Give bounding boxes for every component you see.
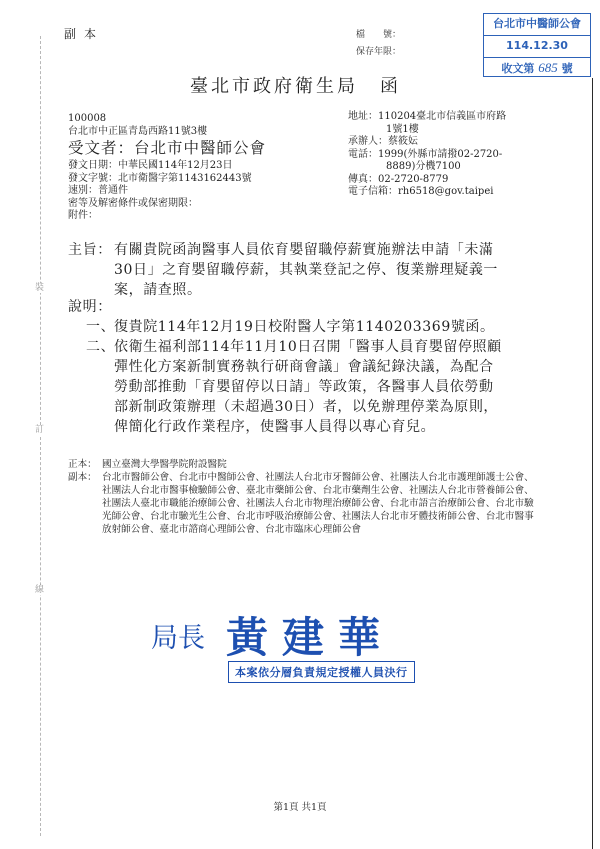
- attachment: 附件：: [68, 210, 266, 223]
- email: 電子信箱：rh6518@gov.taipei: [348, 186, 506, 199]
- phone-cont: 8889)分機7100: [348, 161, 506, 174]
- stamp-receipt: 收文第 685 號: [484, 58, 590, 79]
- subject-label: 主旨：: [68, 240, 112, 260]
- issue-date: 發文日期：中華民國114年12月23日: [68, 160, 266, 173]
- stamp-org: 台北市中醫師公會: [484, 14, 590, 36]
- item-text: 復貴院114年12月19日校附醫人字第1140203369號函。: [86, 317, 506, 337]
- receipt-stamp: 台北市中醫師公會 114.12.30 收文第 685 號: [483, 13, 591, 77]
- delivery-speed: 速別：普通件: [68, 185, 266, 198]
- main-recipient-line: 正本： 國立臺灣大學醫學院附設醫院: [68, 458, 538, 471]
- stamp-receipt-number: 685: [538, 60, 558, 75]
- archive-number-label: 檔 號：: [356, 27, 401, 40]
- page-right-border: [592, 78, 593, 849]
- explanation-label: 說明：: [68, 297, 112, 317]
- signature-title: 局長: [151, 616, 205, 655]
- main-recipient: 國立臺灣大學醫學院附設醫院: [68, 458, 538, 471]
- sender-address-cont: 1號1樓: [348, 124, 506, 137]
- explanation-item-2: 二、 依衛生福利部114年11月10日召開「醫事人員育嬰留停照顧彈性化方案新制實…: [86, 337, 506, 437]
- subject-text: 有關貴院函詢醫事人員依育嬰留職停薪實施辦法申請「未滿30日」之育嬰留職停薪，其執…: [68, 240, 508, 300]
- item-number: 二、: [86, 337, 115, 357]
- document-type: 函: [380, 76, 401, 97]
- explanation-item-1: 一、 復貴院114年12月19日校附醫人字第1140203369號函。: [86, 317, 506, 337]
- binding-dashed-line: [40, 36, 41, 836]
- confidentiality: 密等及解密條件或保密期限：: [68, 198, 266, 211]
- stamp-date: 114.12.30: [484, 36, 590, 58]
- binding-mark-zhuang: 裝: [35, 283, 44, 293]
- binding-mark-ding: 訂: [35, 425, 44, 435]
- stamp-receipt-suffix: 號: [562, 62, 573, 75]
- agency-name: 臺北市政府衛生局: [190, 76, 358, 97]
- copy-label: 副本: [64, 25, 104, 42]
- recipient-name: 受文者：台北市中醫師公會: [68, 138, 266, 158]
- item-text: 依衛生福利部114年11月10日召開「醫事人員育嬰留停照顧彈性化方案新制實務執行…: [86, 337, 506, 437]
- copy-recipients-label: 副本：: [68, 471, 97, 484]
- postal-code: 100008: [68, 113, 266, 126]
- page-number: 第1頁 共1頁: [0, 799, 600, 813]
- main-recipient-label: 正本：: [68, 458, 97, 471]
- subject-section: 主旨： 有關貴院函詢醫事人員依育嬰留職停薪實施辦法申請「未滿30日」之育嬰留職停…: [68, 240, 508, 300]
- binding-mark-xian: 線: [35, 585, 44, 595]
- phone: 電話：1999(外縣市請撥02-2720-: [348, 149, 506, 162]
- contact-person: 承辦人：蔡筱妘: [348, 136, 506, 149]
- item-number: 一、: [86, 317, 115, 337]
- sender-address: 地址：110204臺北市信義區市府路: [348, 111, 506, 124]
- recipient-address: 台北市中正區青島西路11號3樓: [68, 126, 266, 139]
- signature-name: 黃建華: [226, 605, 394, 665]
- sender-block: 地址：110204臺北市信義區市府路 1號1樓 承辦人：蔡筱妘 電話：1999(…: [348, 111, 506, 199]
- copy-recipients: 台北市醫師公會、台北市中醫師公會、社團法人台北市牙醫師公會、社團法人台北市護理師…: [68, 471, 538, 536]
- delegation-stamp: 本案依分層負責規定授權人員決行: [228, 661, 415, 683]
- recipient-block: 100008 台北市中正區青島西路11號3樓 受文者：台北市中醫師公會 發文日期…: [68, 113, 266, 223]
- stamp-receipt-prefix: 收文第: [501, 62, 534, 75]
- document-title: 臺北市政府衛生局函: [190, 72, 401, 98]
- fax: 傳真：02-2720-8779: [348, 174, 506, 187]
- retention-period-label: 保存年限：: [356, 44, 401, 57]
- issue-number: 發文字號：北市衛醫字第1143162443號: [68, 173, 266, 186]
- copy-recipients-line: 副本： 台北市醫師公會、台北市中醫師公會、社團法人台北市牙醫師公會、社團法人台北…: [68, 471, 538, 536]
